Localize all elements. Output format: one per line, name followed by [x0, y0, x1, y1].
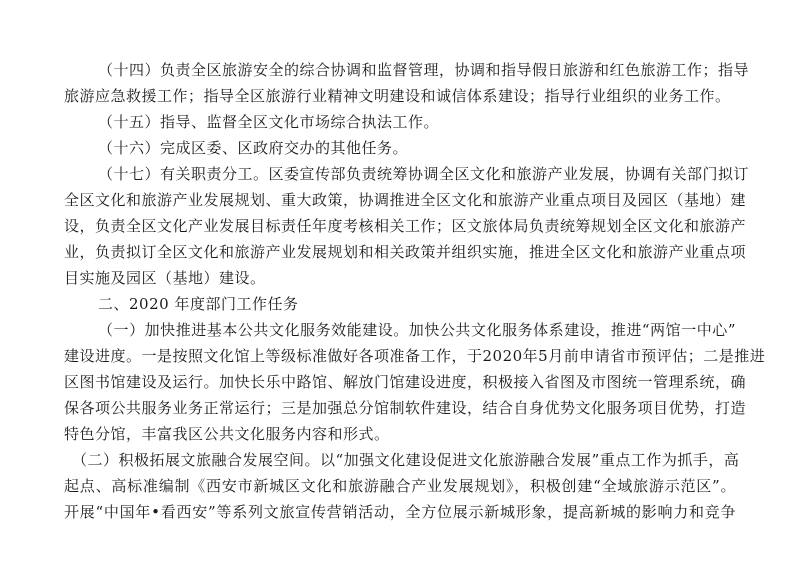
document-page: （十四）负责全区旅游安全的综合协调和监督管理，协调和指导假日旅游和红色旅游工作；… — [0, 0, 800, 565]
paragraph-task-2-line-3: 开展“中国年•看西安”等系列文旅宣传营销活动，全方位展示新城形象，提高新城的影响… — [64, 501, 736, 523]
paragraph-item-17-line-2: 全区文化和旅游产业发展规划、重大政策，协调推进全区文化和旅游产业重点项目及园区（… — [64, 189, 736, 211]
paragraph-task-2-line-1: （二）积极拓展文旅融合发展空间。以“加强文化建设促进文化旅游融合发展”重点工作为… — [72, 449, 736, 471]
paragraph-item-14-line-2: 旅游应急救援工作；指导全区旅游行业精神文明建设和诚信体系建设；指导行业组织的业务… — [64, 85, 736, 107]
paragraph-item-17-line-1: （十七）有关职责分工。区委宣传部负责统筹协调全区文化和旅游产业发展，协调有关部门… — [98, 163, 736, 185]
paragraph-item-14-line-1: （十四）负责全区旅游安全的综合协调和监督管理，协调和指导假日旅游和红色旅游工作；… — [98, 59, 736, 81]
paragraph-item-17-line-4: 业，负责拟订全区文化和旅游产业发展规划和相关政策并组织实施，推进全区文化和旅游产… — [64, 241, 736, 263]
paragraph-task-1-line-2: 建设进度。一是按照文化馆上等级标准做好各项准备工作，于2020年5月前申请省市预… — [64, 345, 736, 367]
paragraph-task-2-line-2: 起点、高标准编制《西安市新城区文化和旅游融合产业发展规划》，积极创建“全域旅游示… — [64, 475, 736, 497]
paragraph-item-17-line-5: 目实施及园区（基地）建设。 — [64, 267, 736, 289]
paragraph-task-1-line-3: 区图书馆建设及运行。加快长乐中路馆、解放门馆建设进度，积极接入省图及市图统一管理… — [64, 371, 736, 393]
section-heading: 二、2020 年度部门工作任务 — [98, 293, 298, 315]
paragraph-item-15-line-1: （十五）指导、监督全区文化市场综合执法工作。 — [98, 111, 736, 133]
paragraph-task-1-line-5: 特色分馆，丰富我区公共文化服务内容和形式。 — [64, 423, 736, 445]
paragraph-item-17-line-3: 设，负责全区文化产业发展目标责任年度考核相关工作；区文旅体局负责统筹规划全区文化… — [64, 215, 736, 237]
paragraph-task-1-line-4: 保各项公共服务业务正常运行；三是加强总分馆制软件建设，结合自身优势文化服务项目优… — [64, 397, 736, 419]
paragraph-task-1-line-1: （一）加快推进基本公共文化服务效能建设。加快公共文化服务体系建设，推进“两馆一中… — [98, 319, 736, 341]
paragraph-item-16-line-1: （十六）完成区委、区政府交办的其他任务。 — [98, 137, 736, 159]
